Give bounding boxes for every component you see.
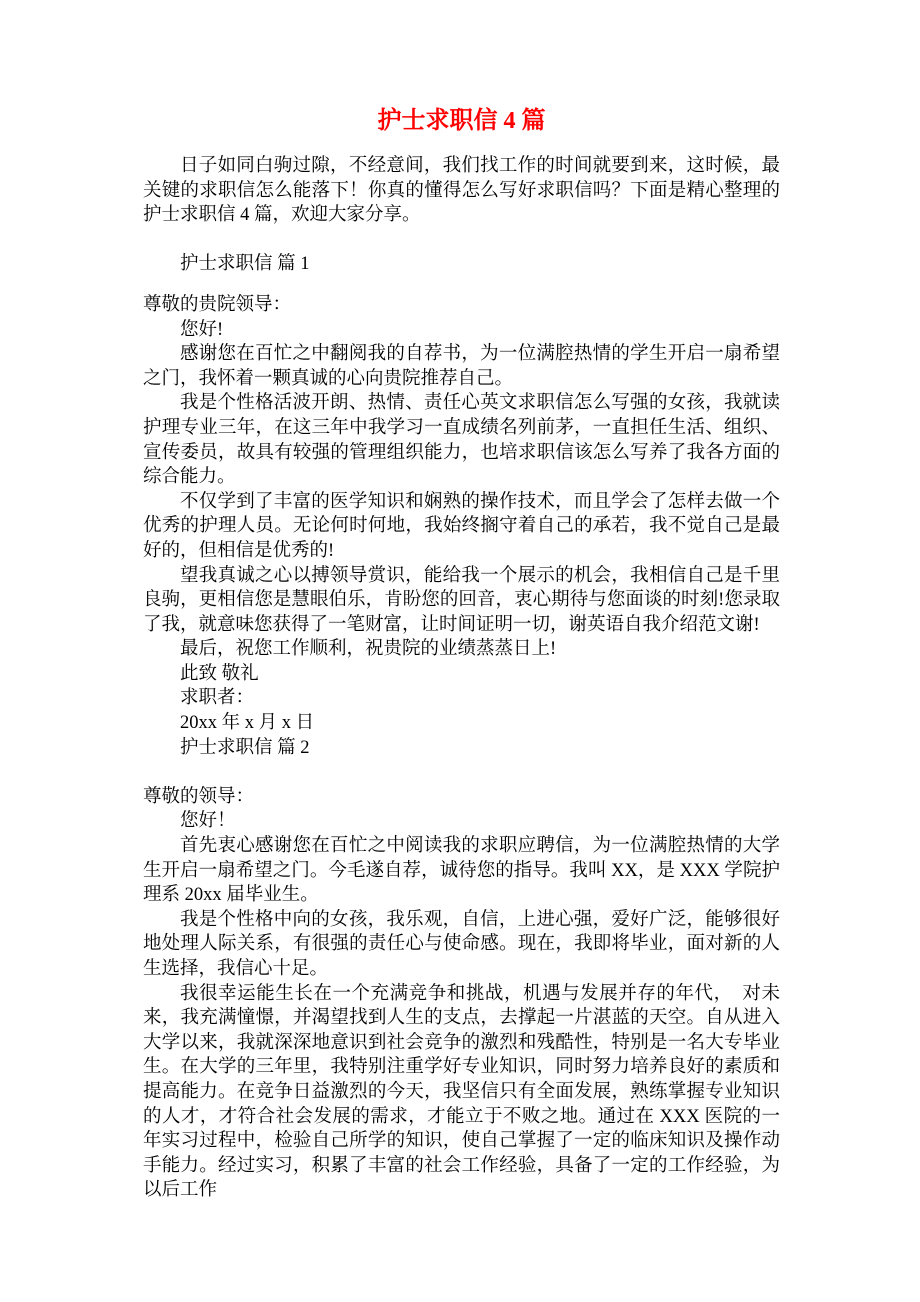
- letter1-signature-label: 求职者：: [143, 686, 780, 711]
- letter2-salutation: 尊敬的领导：: [143, 785, 780, 810]
- letter1-closing-wish: 最后，祝您工作顺利，祝贵院的业绩蒸蒸日上!: [143, 637, 780, 662]
- letter2-paragraph: 我很幸运能生长在一个充满竞争和挑战，机遇与发展并存的年代， 对未来，我充满憧憬，…: [143, 982, 780, 1203]
- letter1-date-line: 20xx 年 x 月 x 日: [143, 711, 780, 736]
- page-title: 护士求职信 4 篇: [143, 106, 780, 136]
- letter2-paragraph: 我是个性格中向的女孩，我乐观，自信，上进心强，爱好广泛，能够很好地处理人际关系，…: [143, 908, 780, 982]
- letter2-greeting: 您好！: [143, 809, 780, 834]
- letter1-paragraph: 望我真诚之心以搏领导赏识，能给我一个展示的机会，我相信自己是千里良驹，更相信您是…: [143, 564, 780, 638]
- section-1-heading: 护士求职信 篇 1: [143, 252, 780, 277]
- letter1-paragraph: 感谢您在百忙之中翻阅我的自荐书，为一位满腔热情的学生开启一扇希望之门，我怀着一颗…: [143, 342, 780, 391]
- letter2-paragraph: 首先衷心感谢您在百忙之中阅读我的求职应聘信，为一位满腔热情的大学生开启一扇希望之…: [143, 834, 780, 908]
- letter1-paragraph: 我是个性格活波开朗、热情、责任心英文求职信怎么写强的女孩，我就读护理专业三年，在…: [143, 391, 780, 489]
- letter1-salute-line: 此致 敬礼: [143, 662, 780, 687]
- section-2-heading: 护士求职信 篇 2: [143, 736, 780, 761]
- intro-paragraph: 日子如同白驹过隙，不经意间，我们找工作的时间就要到来，这时候，最关键的求职信怎么…: [143, 154, 780, 228]
- letter1-salutation: 尊敬的贵院领导：: [143, 293, 780, 318]
- document-page: 护士求职信 4 篇 日子如同白驹过隙，不经意间，我们找工作的时间就要到来，这时候…: [0, 0, 920, 1203]
- letter1-greeting: 您好!: [143, 318, 780, 343]
- letter1-paragraph: 不仅学到了丰富的医学知识和娴熟的操作技术，而且学会了怎样去做一个优秀的护理人员。…: [143, 490, 780, 564]
